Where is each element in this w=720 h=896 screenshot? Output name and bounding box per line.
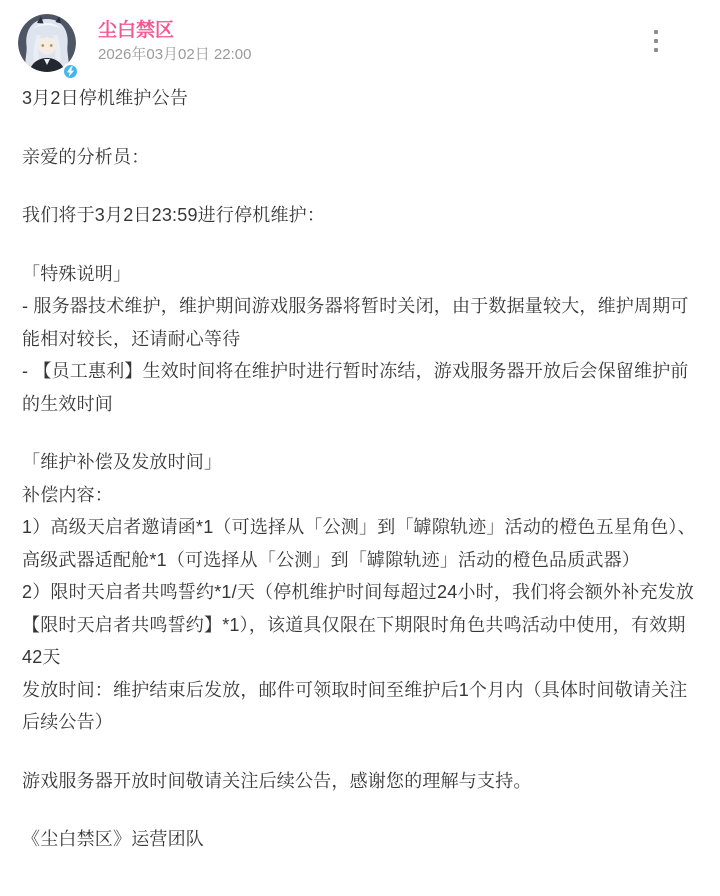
distribution-time: 发放时间：维护结束后发放，邮件可领取时间至维护后1个月内（具体时间敬请关注后续公…: [22, 674, 698, 739]
special-notes-heading: 「特殊说明」: [22, 258, 698, 291]
closing-note: 游戏服务器开放时间敬请关注后续公告，感谢您的理解与支持。: [22, 765, 698, 798]
more-options-button[interactable]: [645, 24, 667, 58]
post-timestamp: 2026年03月02日 22:00: [98, 46, 251, 64]
post-content: 3月2日停机维护公告 亲爱的分析员： 我们将于3月2日23:59进行停机维护： …: [0, 82, 720, 856]
kebab-dot: [654, 30, 658, 34]
compensation-content-label: 补偿内容：: [22, 479, 698, 512]
compensation-item-2: 2）限时天启者共鸣誓约*1/天（停机维护时间每超过24小时，我们将会额外补充发放…: [22, 576, 698, 674]
header-text: 尘白禁区 2026年03月02日 22:00: [98, 14, 251, 64]
kebab-dot: [654, 39, 658, 43]
post-header: 尘白禁区 2026年03月02日 22:00: [0, 0, 720, 72]
special-note-benefit: - 【员工惠利】生效时间将在维护时进行暂时冻结，游戏服务器开放后会保留维护前的生…: [22, 355, 698, 420]
avatar[interactable]: [18, 14, 76, 72]
post-title: 3月2日停机维护公告: [22, 82, 698, 115]
compensation-item-1: 1）高级天启者邀请函*1（可选择从「公测」到「罅隙轨迹」活动的橙色五星角色）、高…: [22, 511, 698, 576]
compensation-heading: 「维护补偿及发放时间」: [22, 446, 698, 479]
kebab-dot: [654, 48, 658, 52]
username[interactable]: 尘白禁区: [98, 20, 251, 42]
salutation: 亲爱的分析员：: [22, 141, 698, 174]
lightning-badge-icon: [62, 63, 79, 80]
signature: 《尘白禁区》运营团队: [22, 823, 698, 856]
special-note-server: - 服务器技术维护，维护期间游戏服务器将暂时关闭，由于数据量较大，维护周期可能相…: [22, 290, 698, 355]
maintenance-time-line: 我们将于3月2日23:59进行停机维护：: [22, 199, 698, 232]
